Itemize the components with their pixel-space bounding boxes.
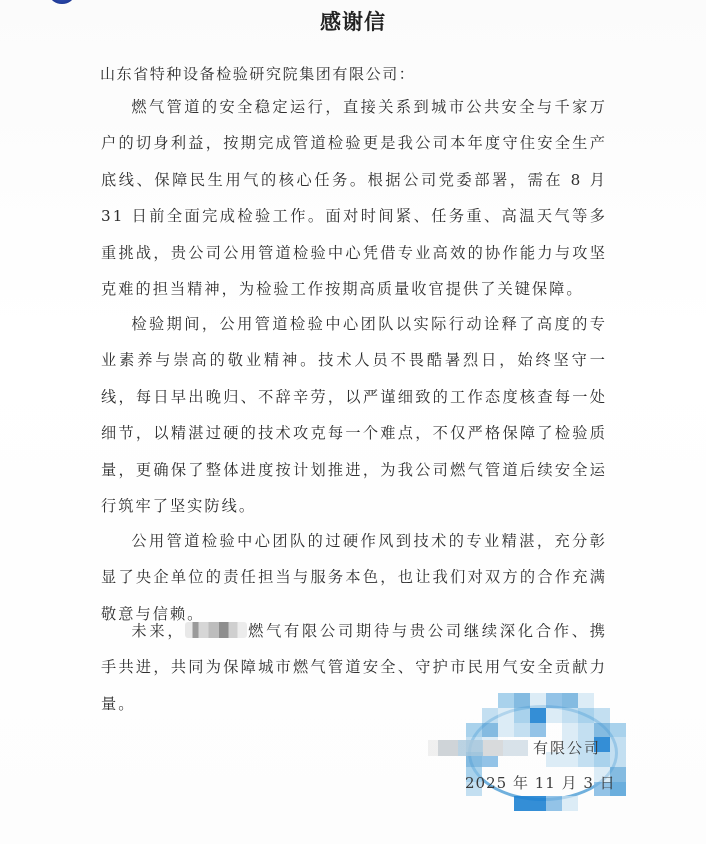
letter-body: 燃气管道的安全稳定运行，直接关系到城市公共安全与千家万户的切身利益，按期完成管道… [101, 89, 607, 307]
letter-title: 感谢信 [0, 6, 706, 36]
redacted-signer-name [428, 740, 528, 756]
closing-prefix: 未来， [131, 622, 185, 640]
paragraph-2: 检验期间，公用管道检验中心团队以实际行动诠释了高度的专业素养与崇高的敬业精神。技… [101, 306, 607, 524]
signature-block: 有限公司 2025 年 11 月 3 日 [420, 693, 625, 811]
signature-date: 2025 年 11 月 3 日 [465, 772, 616, 793]
letter-page: 感谢信 山东省特种设备检验研究院集团有限公司： 燃气管道的安全稳定运行，直接关系… [0, 0, 706, 844]
salutation: 山东省特种设备检验研究院集团有限公司： [100, 63, 415, 84]
letter-body-2: 检验期间，公用管道检验中心团队以实际行动诠释了高度的专业素养与崇高的敬业精神。技… [101, 306, 607, 524]
signer-organization: 有限公司 [533, 737, 601, 758]
paragraph-1: 燃气管道的安全稳定运行，直接关系到城市公共安全与千家万户的切身利益，按期完成管道… [101, 89, 607, 307]
redacted-company-name [185, 622, 247, 638]
logo-icon [50, 0, 74, 4]
